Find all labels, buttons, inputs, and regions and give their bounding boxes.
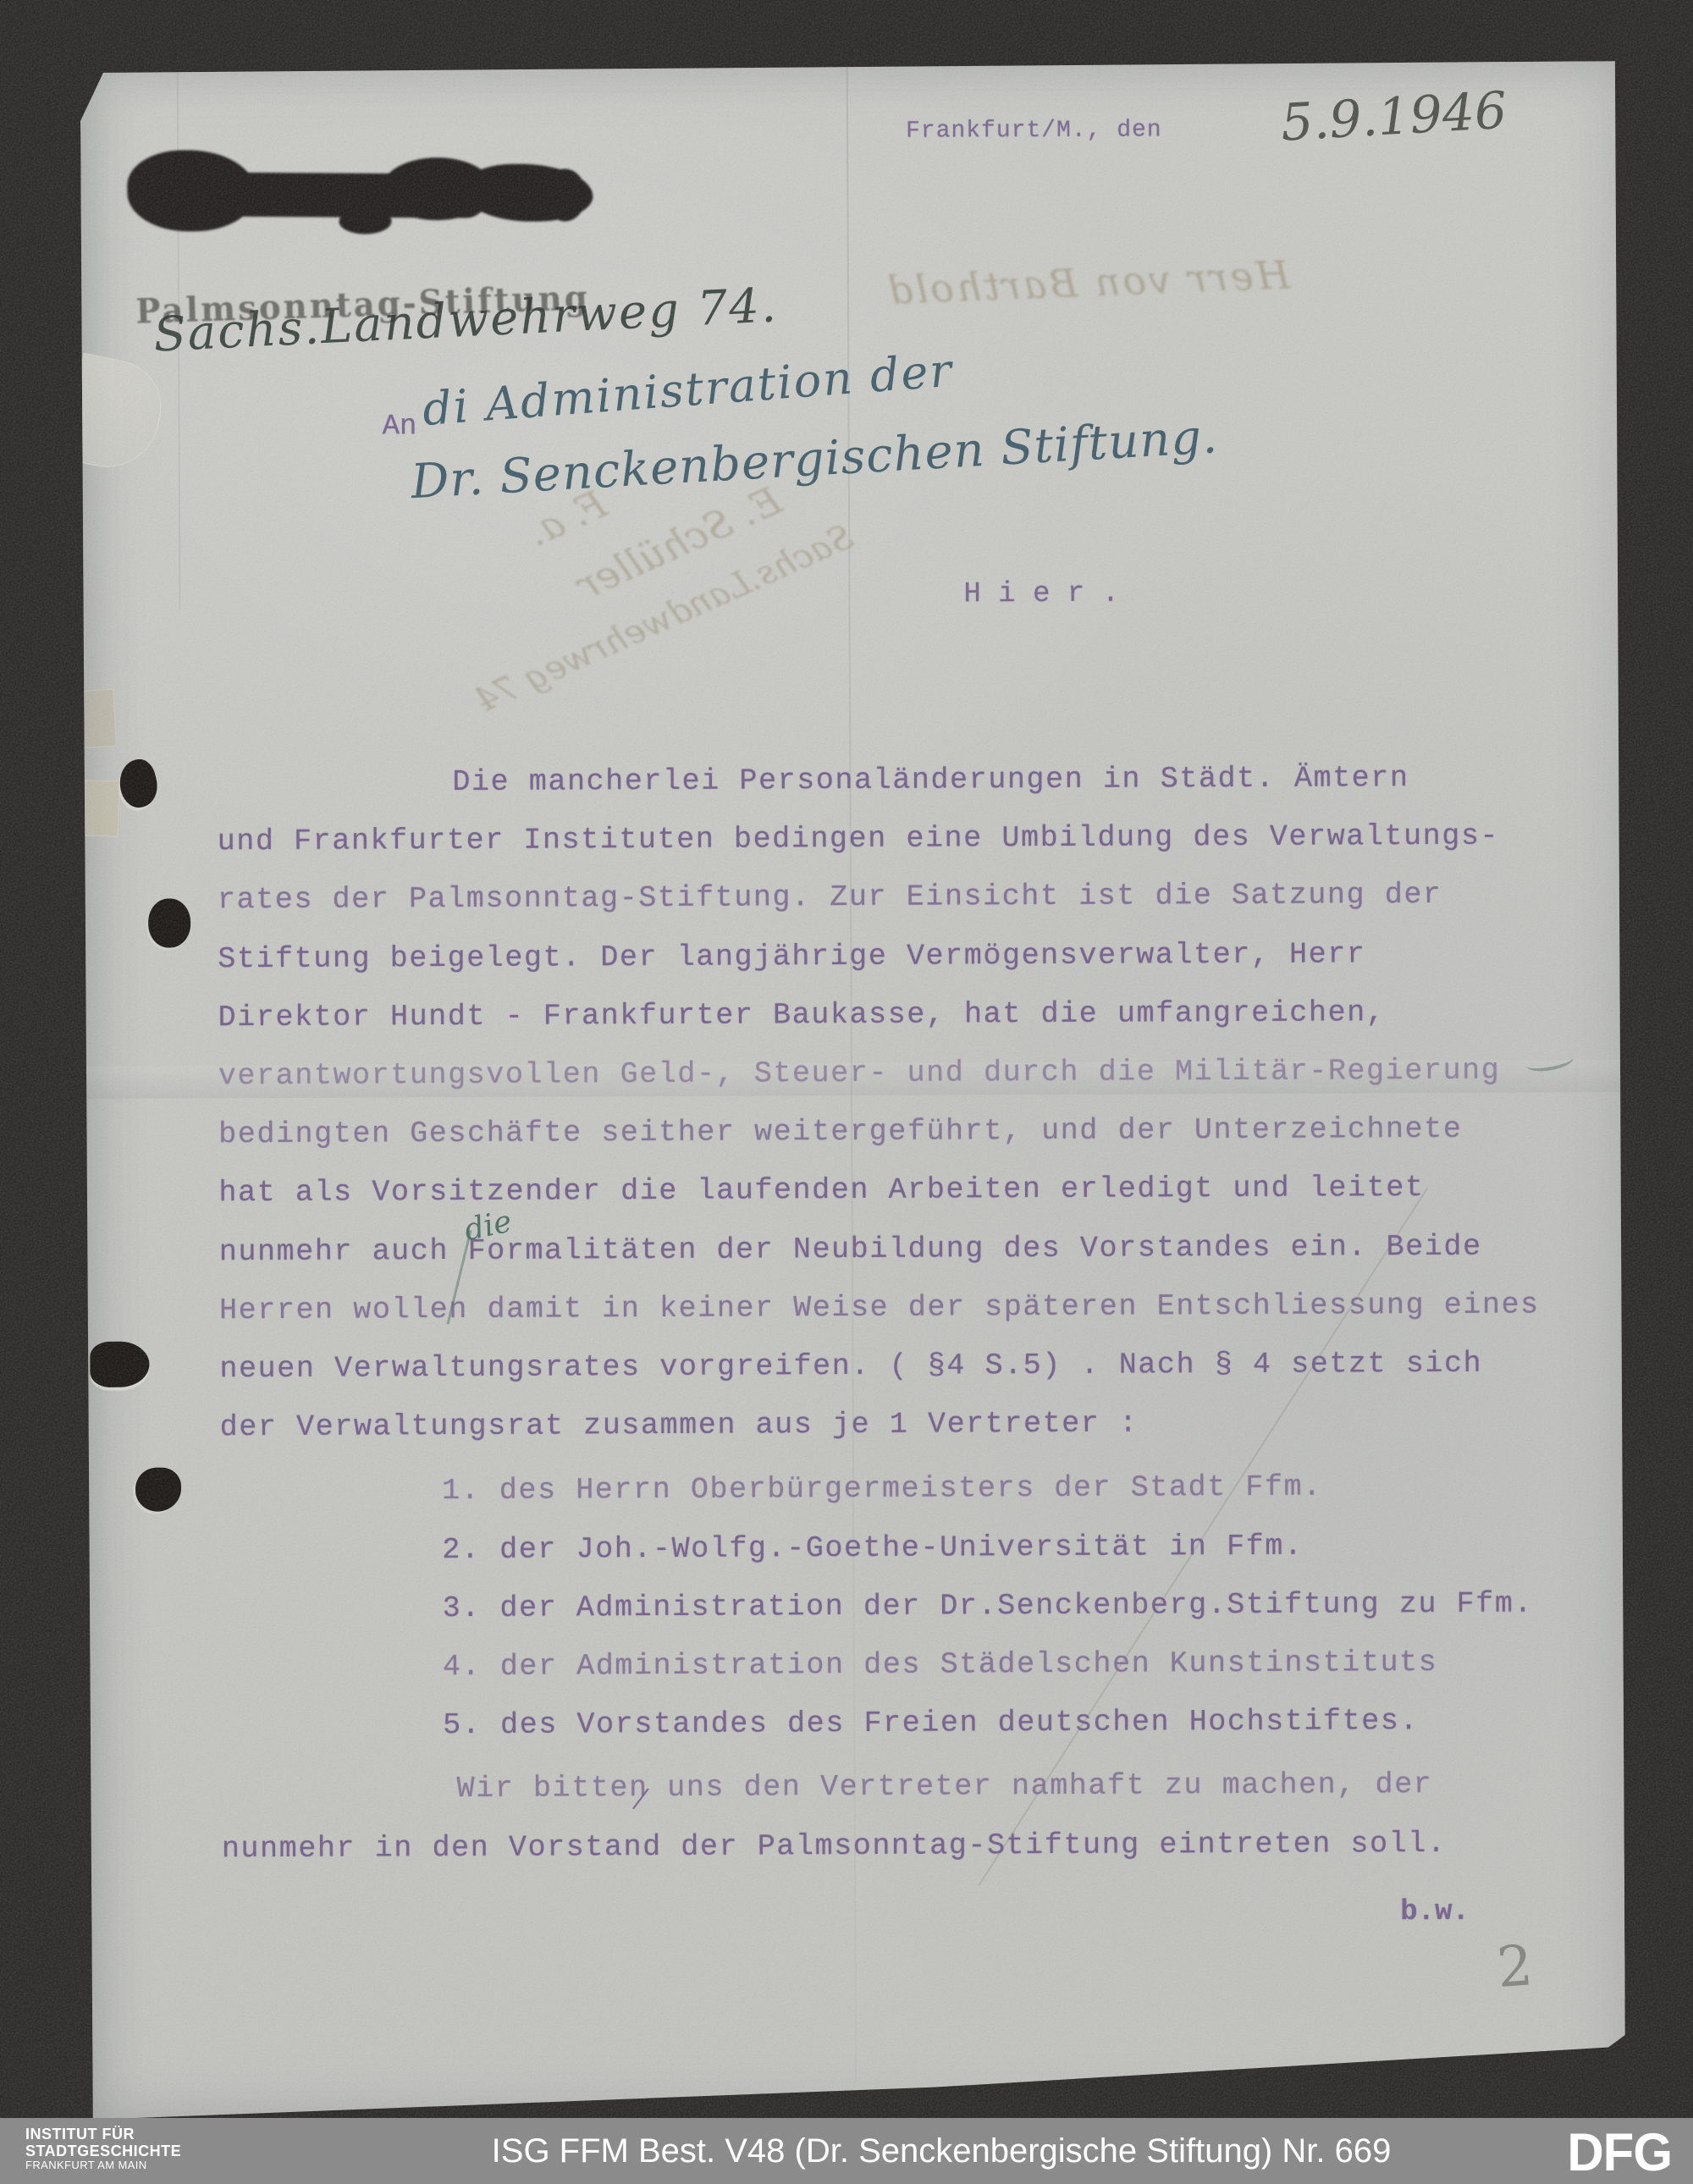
- letter-page: Frankfurt/M., den 5.9.1946 Sachs.Landweh…: [80, 61, 1626, 2120]
- bleedthrough-ghost-handwriting: Herr von Barthold: [885, 251, 1291, 313]
- typed-line: hat als Vorsitzender die laufenden Arbei…: [218, 1159, 1607, 1223]
- typed-line: neuen Verwaltungsrates vorgreifen. ( §4 …: [219, 1334, 1608, 1398]
- place-line: H i e r .: [963, 578, 1119, 611]
- typed-body: Die mancherlei Personaländerungen in Stä…: [217, 748, 1610, 1878]
- typed-line: Wir bitten uns den Vertreter namhaft zu …: [221, 1756, 1609, 1820]
- archive-footer-bar: INSTITUT FÜR STADTGESCHICHTE FRANKFURT A…: [0, 2118, 1693, 2184]
- typed-line: nunmehr in den Vorstand der Palmsonntag-…: [222, 1814, 1610, 1878]
- tape-remnant: [62, 353, 170, 477]
- list-item: 3. der Administration der Dr.Senckenberg…: [221, 1575, 1609, 1639]
- pencil-page-number: 2: [1495, 1933, 1536, 2000]
- list-item: 5. des Vorstandes des Freien deutschen H…: [221, 1691, 1609, 1756]
- typed-line: Direktor Hundt - Frankfurter Baukasse, h…: [218, 983, 1606, 1047]
- redacted-ink-blob: [127, 138, 602, 240]
- handwritten-date: 5.9.1946: [1279, 81, 1508, 153]
- dateline-stamp: Frankfurt/M., den: [906, 117, 1162, 144]
- tape-remnant: [76, 689, 117, 748]
- archival-document-scan: Frankfurt/M., den 5.9.1946 Sachs.Landweh…: [0, 0, 1693, 2184]
- typed-line: verantwortungsvollen Geld-, Steuer- und …: [218, 1041, 1607, 1106]
- list-item: 2. der Joh.-Wolfg.-Goethe-Universität in…: [220, 1516, 1608, 1580]
- tape-remnant: [78, 780, 120, 836]
- list-item: 4. der Administration des Städelschen Ku…: [221, 1633, 1609, 1697]
- archive-reference-caption: ISG FFM Best. V48 (Dr. Senckenbergische …: [95, 2118, 1693, 2184]
- punch-hole: [135, 1467, 181, 1511]
- list-item: 1. des Herrn Oberbürgermeisters der Stad…: [220, 1458, 1608, 1522]
- typed-line: Herren wollen damit in keiner Weise der …: [219, 1276, 1608, 1340]
- recipient-prefix: An: [382, 411, 416, 443]
- punch-hole: [90, 1342, 149, 1387]
- typed-line: der Verwaltungsrat zusammen aus je 1 Ver…: [220, 1393, 1608, 1457]
- typed-line: und Frankfurter Instituten bedingen eine…: [218, 807, 1606, 871]
- typed-line: Stiftung beigelegt. Der langjährige Verm…: [218, 924, 1606, 989]
- typed-line: nunmehr auch Formalitäten der Neubildung…: [219, 1217, 1608, 1282]
- handwritten-recipient-line1: di Administration der: [421, 344, 955, 436]
- punch-hole: [148, 898, 190, 947]
- dfg-logo: DFG: [1567, 2121, 1672, 2182]
- page-turn-note: b.w.: [1400, 1896, 1470, 1928]
- punch-hole: [114, 756, 163, 812]
- typed-line: rates der Palmsonntag-Stiftung. Zur Eins…: [218, 866, 1606, 930]
- typed-line: bedingten Geschäfte seither weitergeführ…: [218, 1100, 1607, 1164]
- typed-line: Die mancherlei Personaländerungen in Stä…: [217, 748, 1605, 813]
